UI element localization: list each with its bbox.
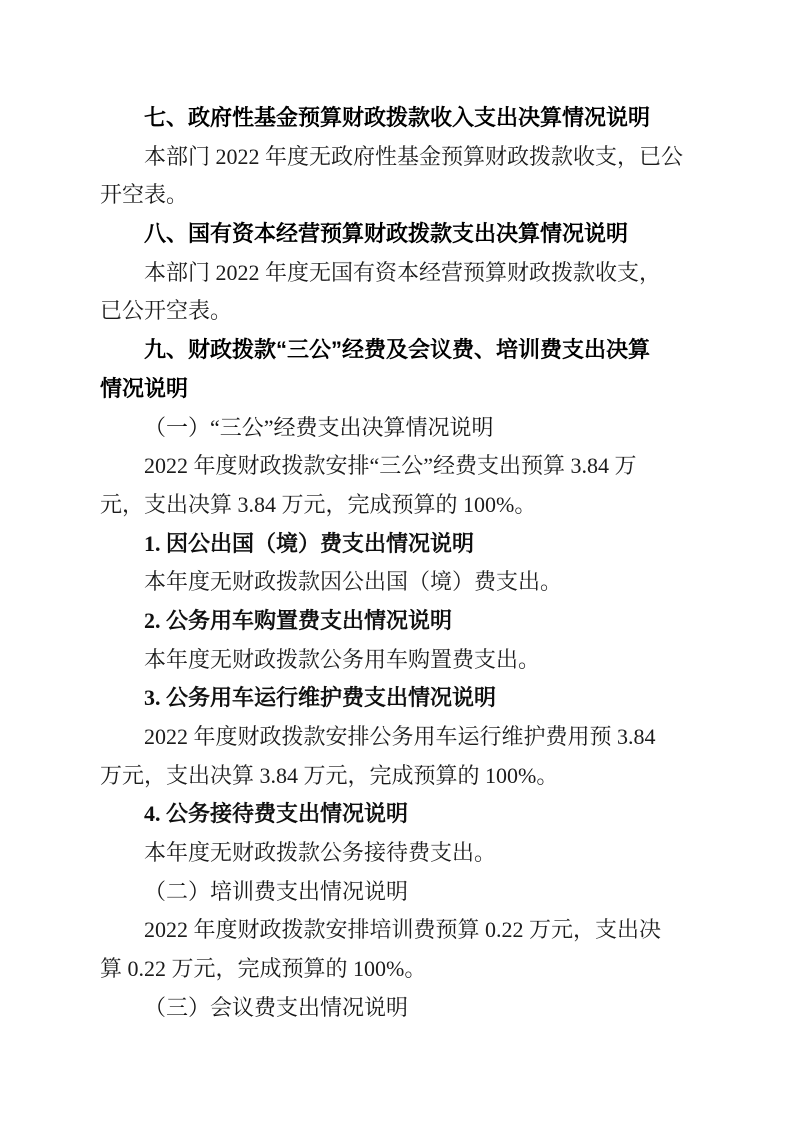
sub-heading: （一）“三公”经费支出决算情况说明 [100, 409, 693, 448]
body-text-line: 已公开空表。 [100, 292, 693, 331]
body-paragraph: 2022 年度财政拨款安排公务用车运行维护费用预 3.84万元，支出决算 3.8… [100, 718, 693, 795]
heading-text-line: 情况说明 [100, 370, 693, 409]
body-text-line: 元，支出决算 3.84 万元，完成预算的 100%。 [100, 486, 693, 525]
body-text-line: 本部门 2022 年度无政府性基金预算财政拨款收支，已公 [100, 138, 693, 177]
heading-text-line: 3. 公务用车运行维护费支出情况说明 [100, 679, 693, 718]
sub-heading: （二）培训费支出情况说明 [100, 873, 693, 912]
heading-text-line: 1. 因公出国（境）费支出情况说明 [100, 525, 693, 564]
heading-text-line: （二）培训费支出情况说明 [100, 873, 693, 912]
body-text-line: 万元，支出决算 3.84 万元，完成预算的 100%。 [100, 757, 693, 796]
section-heading: 八、国有资本经营预算财政拨款支出决算情况说明 [100, 215, 693, 254]
heading-text-line: 七、政府性基金预算财政拨款收入支出决算情况说明 [100, 99, 693, 138]
body-paragraph: 本部门 2022 年度无政府性基金预算财政拨款收支，已公开空表。 [100, 138, 693, 215]
body-paragraph: 本部门 2022 年度无国有资本经营预算财政拨款收支，已公开空表。 [100, 254, 693, 331]
heading-text-line: （一）“三公”经费支出决算情况说明 [100, 409, 693, 448]
body-paragraph: 本年度无财政拨款因公出国（境）费支出。 [100, 563, 693, 602]
sub-heading: （三）会议费支出情况说明 [100, 989, 693, 1028]
body-text-line: 2022 年度财政拨款安排公务用车运行维护费用预 3.84 [100, 718, 693, 757]
body-text-line: 本年度无财政拨款公务接待费支出。 [100, 834, 693, 873]
section-heading: 七、政府性基金预算财政拨款收入支出决算情况说明 [100, 99, 693, 138]
numbered-heading: 4. 公务接待费支出情况说明 [100, 795, 693, 834]
body-text-line: 2022 年度财政拨款安排“三公”经费支出预算 3.84 万 [100, 447, 693, 486]
numbered-heading: 3. 公务用车运行维护费支出情况说明 [100, 679, 693, 718]
heading-text-line: 4. 公务接待费支出情况说明 [100, 795, 693, 834]
body-text-line: 本年度无财政拨款公务用车购置费支出。 [100, 641, 693, 680]
heading-text-line: （三）会议费支出情况说明 [100, 989, 693, 1028]
section-heading: 九、财政拨款“三公”经费及会议费、培训费支出决算情况说明 [100, 331, 693, 408]
body-text-line: 本年度无财政拨款因公出国（境）费支出。 [100, 563, 693, 602]
body-paragraph: 2022 年度财政拨款安排“三公”经费支出预算 3.84 万元，支出决算 3.8… [100, 447, 693, 524]
body-text-line: 本部门 2022 年度无国有资本经营预算财政拨款收支， [100, 254, 693, 293]
numbered-heading: 2. 公务用车购置费支出情况说明 [100, 602, 693, 641]
numbered-heading: 1. 因公出国（境）费支出情况说明 [100, 525, 693, 564]
body-text-line: 2022 年度财政拨款安排培训费预算 0.22 万元，支出决 [100, 911, 693, 950]
body-paragraph: 本年度无财政拨款公务用车购置费支出。 [100, 641, 693, 680]
body-text-line: 开空表。 [100, 176, 693, 215]
body-paragraph: 本年度无财政拨款公务接待费支出。 [100, 834, 693, 873]
body-text-line: 算 0.22 万元，完成预算的 100%。 [100, 950, 693, 989]
heading-text-line: 九、财政拨款“三公”经费及会议费、培训费支出决算 [100, 331, 693, 370]
body-paragraph: 2022 年度财政拨款安排培训费预算 0.22 万元，支出决算 0.22 万元，… [100, 911, 693, 988]
heading-text-line: 2. 公务用车购置费支出情况说明 [100, 602, 693, 641]
document-page: 七、政府性基金预算财政拨款收入支出决算情况说明本部门 2022 年度无政府性基金… [0, 0, 793, 1122]
heading-text-line: 八、国有资本经营预算财政拨款支出决算情况说明 [100, 215, 693, 254]
